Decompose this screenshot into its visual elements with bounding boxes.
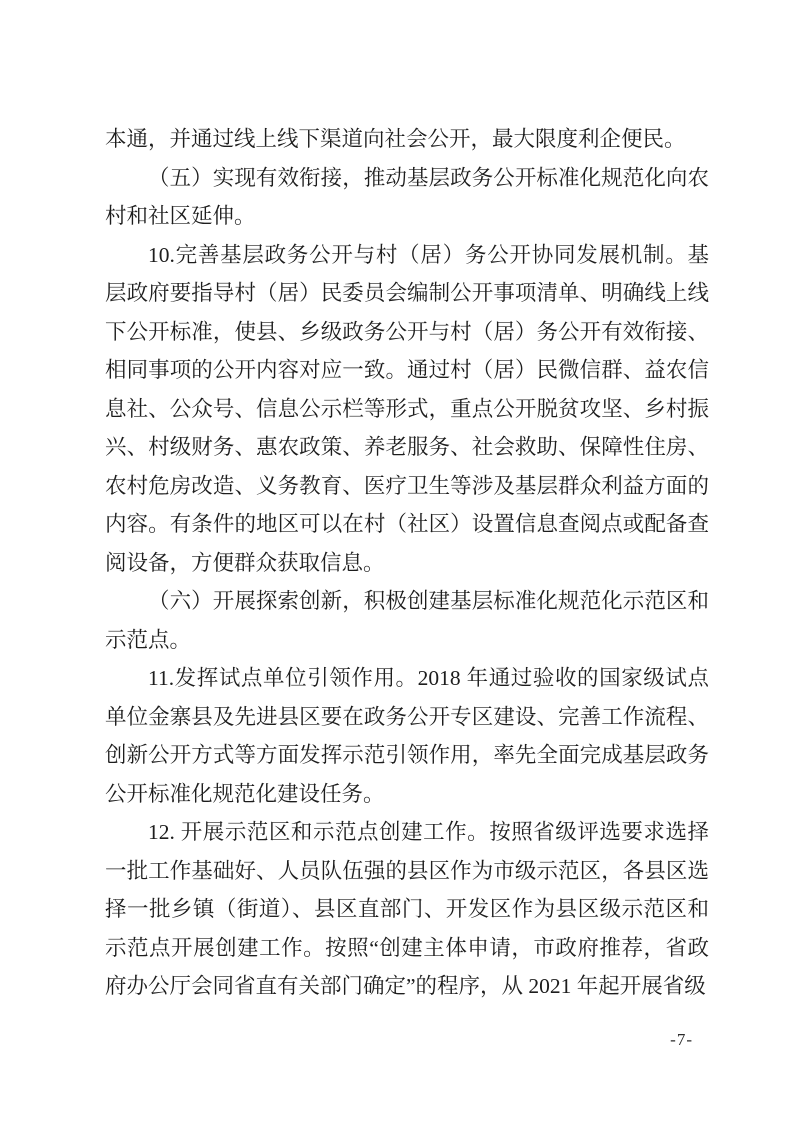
page-number: -7-: [670, 1030, 693, 1050]
document-page: 本通，并通过线上线下渠道向社会公开，最大限度利企便民。 （五）实现有效衔接，推动…: [0, 0, 793, 1122]
paragraph-item-12: 12. 开展示范区和示范点创建工作。按照省级评选要求选择一批工作基础好、人员队伍…: [105, 813, 709, 1006]
section-heading-five: （五）实现有效衔接，推动基层政务公开标准化规范化向农村和社区延伸。: [105, 159, 709, 236]
paragraph-continuation: 本通，并通过线上线下渠道向社会公开，最大限度利企便民。: [105, 120, 709, 159]
paragraph-item-11: 11.发挥试点单位引领作用。2018 年通过验收的国家级试点单位金寨县及先进县区…: [105, 659, 709, 813]
section-heading-six: （六）开展探索创新，积极创建基层标准化规范化示范区和示范点。: [105, 582, 709, 659]
document-body: 本通，并通过线上线下渠道向社会公开，最大限度利企便民。 （五）实现有效衔接，推动…: [105, 120, 709, 1006]
paragraph-item-10: 10.完善基层政务公开与村（居）务公开协同发展机制。基层政府要指导村（居）民委员…: [105, 236, 709, 583]
